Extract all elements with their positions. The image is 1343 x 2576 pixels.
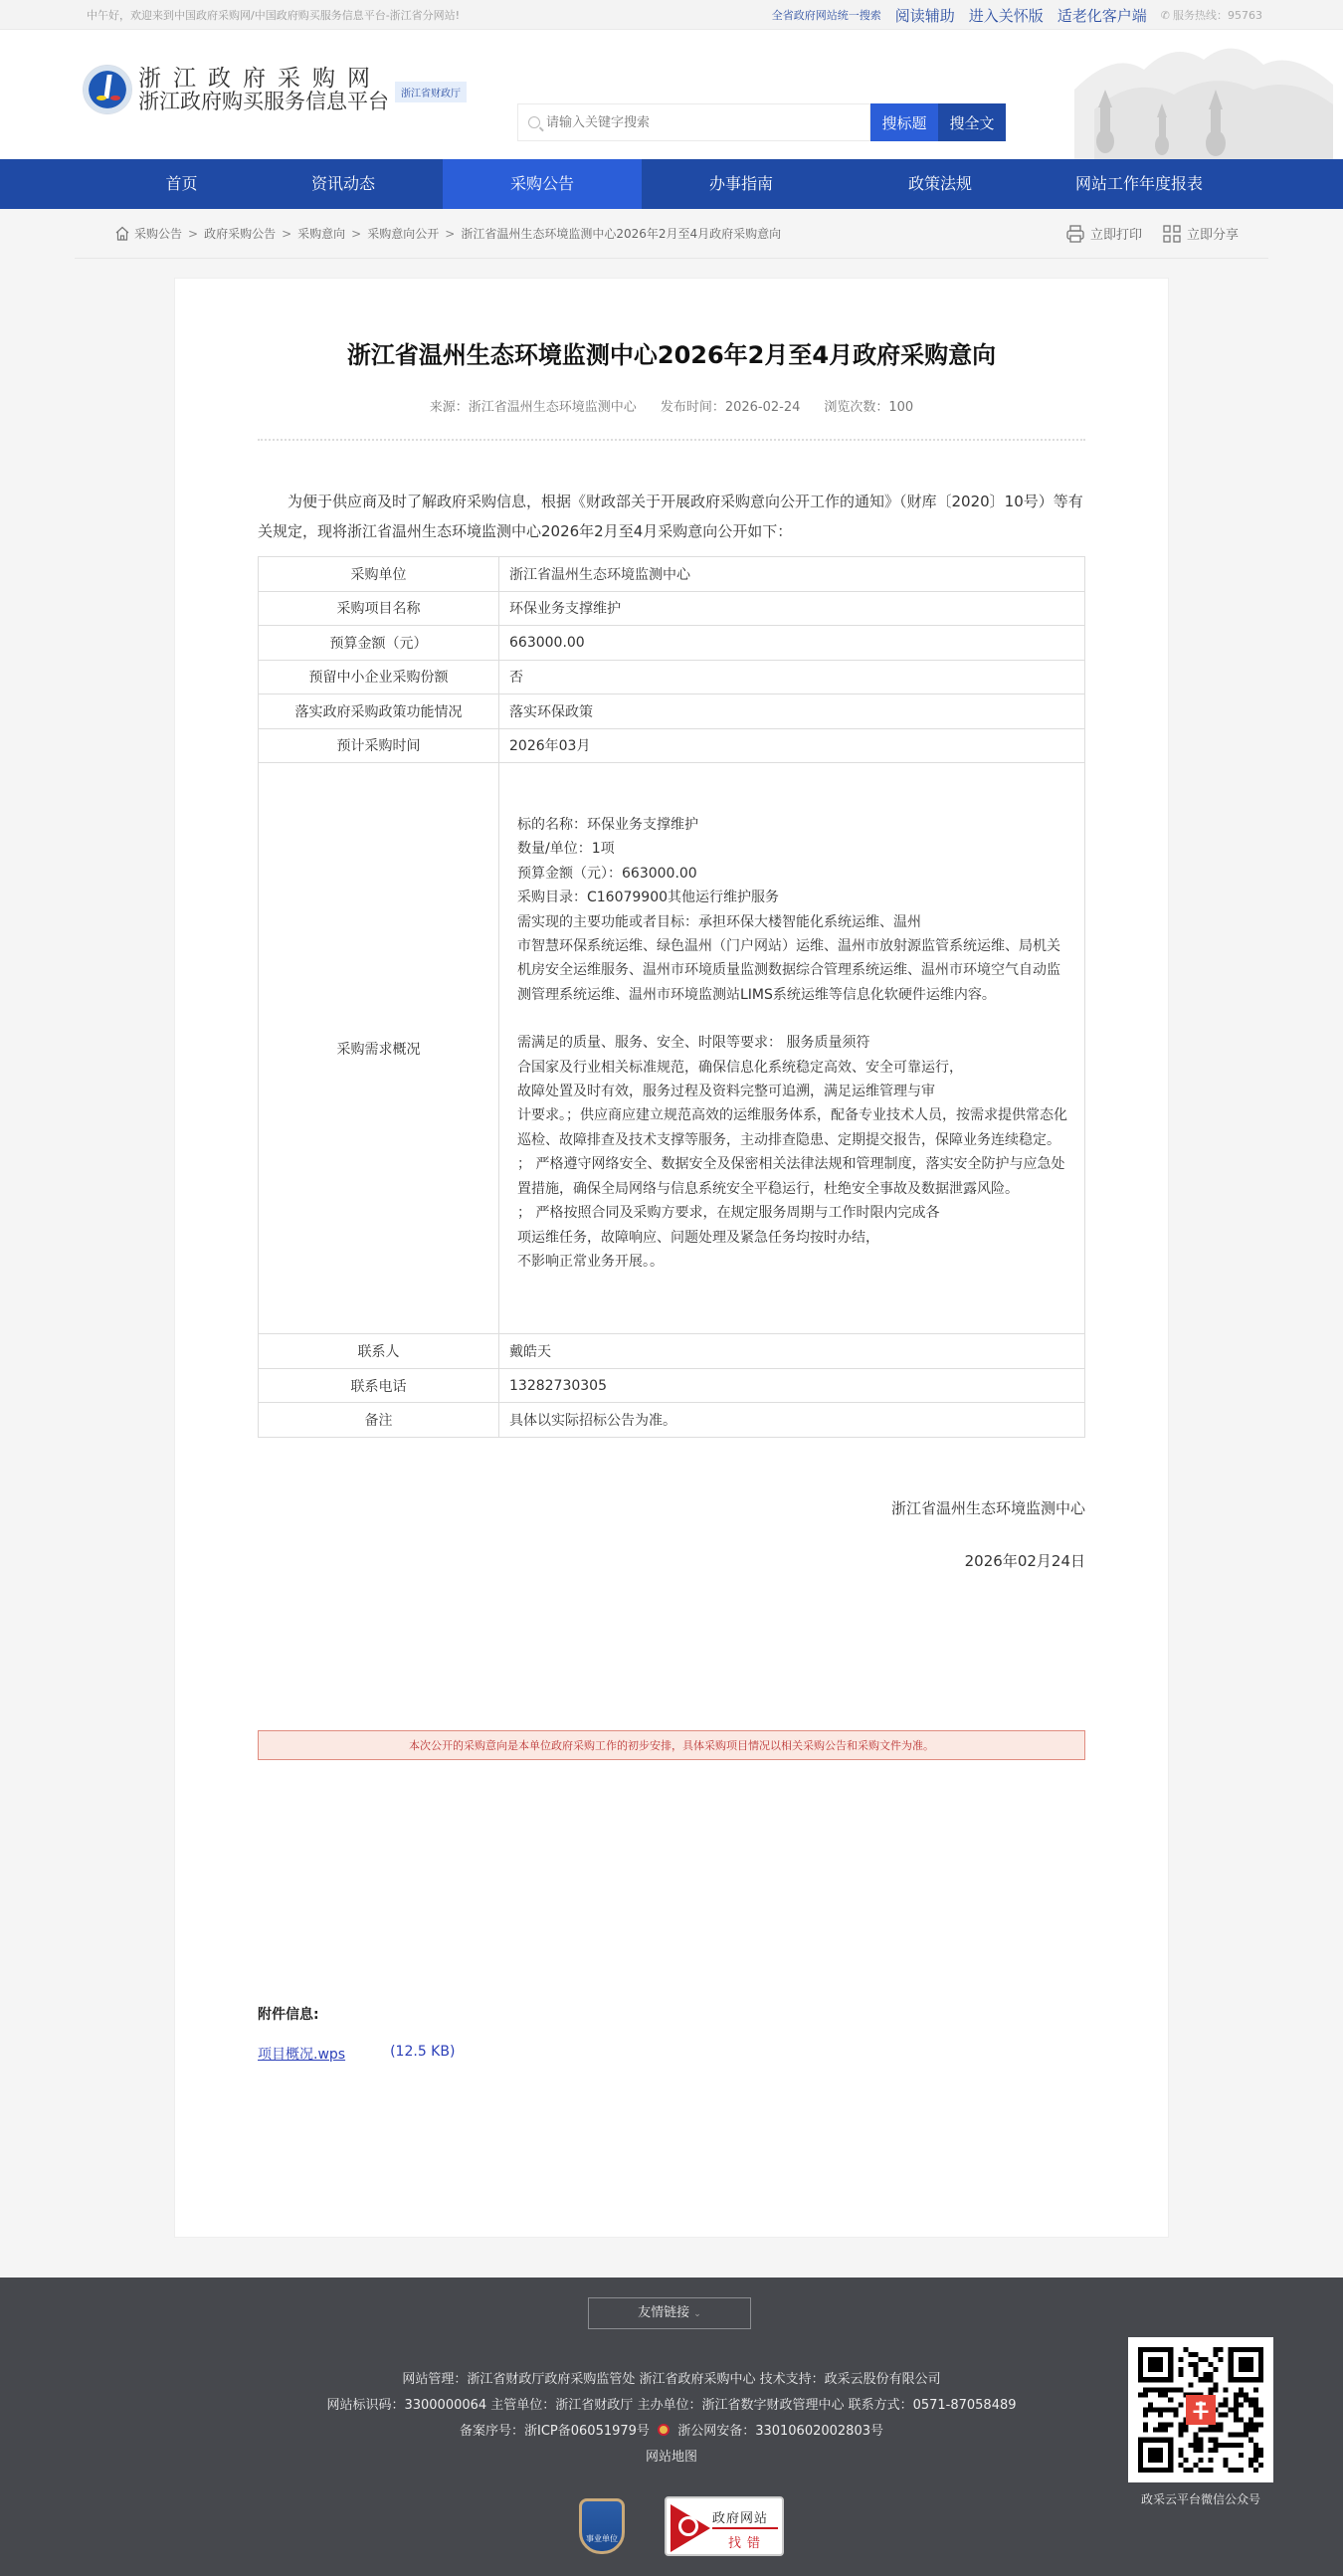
public-institution-badge[interactable]: 事业单位 <box>579 2498 625 2554</box>
detail-line: 项运维任务，故障响应、问题处理及紧急任务均按时办结， <box>517 1226 1068 1250</box>
detail-line: 合国家及行业相关标准规范，确保信息化系统稳定高效、安全可靠运行， <box>517 1056 1068 1080</box>
table-key: 预计采购时间 <box>259 728 499 763</box>
hotline-text: 服务热线：95763 <box>1173 7 1262 23</box>
table-value: 戴皓天 <box>499 1334 1085 1369</box>
police-emblem-icon <box>658 2424 670 2436</box>
finderr-subtitle: 找错 <box>728 2532 766 2551</box>
signature: 浙江省温州生态环境监测中心 2026年02月24日 <box>258 1497 1085 1571</box>
table-value: 否 <box>499 660 1085 694</box>
table-row: 预留中小企业采购份额否 <box>259 660 1085 694</box>
attachment-size: (12.5 KB) <box>390 2044 455 2064</box>
article-title: 浙江省温州生态环境监测中心2026年2月至4月政府采购意向 <box>258 279 1085 370</box>
hotline: ✆ 服务热线：95763 <box>1161 7 1262 23</box>
table-value: 落实环保政策 <box>499 694 1085 729</box>
disclaimer-notice: 本次公开的采购意向是本单位政府采购工作的初步安排，具体采购项目情况以相关采购公告… <box>258 1730 1085 1760</box>
requirement-details: 标的名称：环保业务支撑维护数量/单位：1项预算金额（元）：663000.00采购… <box>499 763 1085 1334</box>
phone-icon: ✆ <box>1161 9 1170 22</box>
table-row: 联系电话13282730305 <box>259 1368 1085 1403</box>
table-key: 联系电话 <box>259 1368 499 1403</box>
link-province-search[interactable]: 全省政府网站统一搜索 <box>772 7 881 23</box>
detail-line: 市智慧环保系统运维、绿色温州（门户网站）运维、温州市放射源监管系统运维、局机关机… <box>517 934 1068 1007</box>
link-reading-aid[interactable]: 阅读辅助 <box>895 5 955 26</box>
table-value: 具体以实际招标公告为准。 <box>499 1403 1085 1438</box>
top-links: 全省政府网站统一搜索 阅读辅助 进入关怀版 适老化客户端 ✆ 服务热线：9576… <box>772 5 1268 26</box>
breadcrumb: 采购公告> 政府采购公告> 采购意向> 采购意向公开> 浙江省温州生态环境监测中… <box>114 225 781 242</box>
print-label: 立即打印 <box>1090 224 1142 243</box>
department-badge: 浙江省财政厅 <box>395 82 467 102</box>
breadcrumb-item[interactable]: 政府采购公告 <box>204 225 276 242</box>
search-title-button[interactable]: 搜标题 <box>870 103 938 141</box>
home-icon[interactable] <box>114 226 130 241</box>
qr-label: 政采云平台微信公众号 <box>1128 2490 1273 2507</box>
nav-item-home[interactable]: 首页 <box>119 159 244 209</box>
table-row: 联系人戴皓天 <box>259 1334 1085 1369</box>
header: 浙江政府采购网 浙江政府购买服务信息平台 浙江省财政厅 搜标题 搜全文 <box>0 30 1343 159</box>
divider <box>258 439 1085 441</box>
signature-org: 浙江省温州生态环境监测中心 <box>258 1497 1085 1518</box>
detail-line: 不影响正常业务开展。。 <box>517 1250 1068 1274</box>
detail-line: 需满足的质量、服务、安全、时限等要求： 服务质量须符 <box>517 1031 1068 1055</box>
attachment-link[interactable]: 项目概况.wps <box>258 2044 345 2064</box>
detail-line: 预算金额（元）：663000.00 <box>517 862 1068 886</box>
detail-line: 数量/单位：1项 <box>517 837 1068 861</box>
signature-date: 2026年02月24日 <box>258 1550 1085 1571</box>
search-input[interactable] <box>546 115 845 130</box>
table-row: 预计采购时间2026年03月 <box>259 728 1085 763</box>
attachments-section: 附件信息: 项目概况.wps (12.5 KB) <box>258 2004 1085 2064</box>
share-label: 立即分享 <box>1187 224 1239 243</box>
attachments-title: 附件信息: <box>258 2004 1085 2024</box>
footer: 友情链接 ⌄ 网站管理：浙江省财政厅政府采购监管处 浙江省政府采购中心 技术支持… <box>0 2278 1343 2576</box>
shield-label: 事业单位 <box>586 2534 618 2543</box>
site-logo[interactable]: 浙江政府采购网 浙江政府购买服务信息平台 浙江省财政厅 <box>83 65 467 114</box>
sitemap-link[interactable]: 网站地图 <box>646 2450 697 2465</box>
friend-links-dropdown[interactable]: 友情链接 ⌄ <box>588 2297 751 2329</box>
article-meta: 来源：浙江省温州生态环境监测中心 发布时间：2026-02-24 浏览次数：10… <box>258 396 1085 415</box>
nav-item-guide[interactable]: 办事指南 <box>642 159 841 209</box>
nav-item-news[interactable]: 资讯动态 <box>244 159 443 209</box>
table-row: 采购需求概况 标的名称：环保业务支撑维护数量/单位：1项预算金额（元）：6630… <box>259 763 1085 1334</box>
detail-line: 故障处置及时有效，服务过程及资料完整可追溯，满足运维管理与审 <box>517 1080 1068 1103</box>
table-value: 环保业务支撑维护 <box>499 591 1085 626</box>
article-publish-time: 发布时间：2026-02-24 <box>661 396 801 415</box>
nav-item-annual-report[interactable]: 网站工作年度报表 <box>1040 159 1239 209</box>
logo-subtitle: 浙江政府购买服务信息平台 <box>138 91 389 112</box>
search-icon <box>528 116 540 128</box>
search-bar: 搜标题 搜全文 <box>517 103 1006 141</box>
table-key: 预算金额（元） <box>259 626 499 661</box>
table-value: 13282730305 <box>499 1368 1085 1403</box>
top-bar: 中午好，欢迎来到中国政府采购网/中国政府购买服务信息平台-浙江省分网站! 全省政… <box>0 0 1343 30</box>
share-button[interactable]: 立即分享 <box>1162 224 1239 244</box>
breadcrumb-item[interactable]: 采购公告 <box>134 225 182 242</box>
mountain-pagoda-decoration <box>1055 30 1343 159</box>
breadcrumb-item[interactable]: 采购意向 <box>297 225 345 242</box>
detail-line: ； 严格遵守网络安全、数据安全及保密相关法律法规和管理制度，落实安全防护与应急处… <box>517 1152 1068 1201</box>
table-row: 采购单位浙江省温州生态环境监测中心 <box>259 557 1085 592</box>
table-key: 采购单位 <box>259 557 499 592</box>
search-fulltext-button[interactable]: 搜全文 <box>938 103 1006 141</box>
detail-line: 需实现的主要功能或者目标：承担环保大楼智能化系统运维、温州 <box>517 910 1068 934</box>
qr-share-icon <box>1162 224 1182 244</box>
gov-site-error-report-badge[interactable]: 政府网站 找错 <box>665 2496 784 2556</box>
wechat-qr: 政采云平台微信公众号 <box>1128 2337 1273 2507</box>
nav-item-procurement-notice[interactable]: 采购公告 <box>443 159 642 209</box>
table-value: 浙江省温州生态环境监测中心 <box>499 557 1085 592</box>
qr-code <box>1128 2337 1273 2482</box>
table-row: 落实政府采购政策功能情况落实环保政策 <box>259 694 1085 729</box>
breadcrumb-bar: 采购公告> 政府采购公告> 采购意向> 采购意向公开> 浙江省温州生态环境监测中… <box>75 209 1268 259</box>
table-key: 备注 <box>259 1403 499 1438</box>
search-box <box>517 103 870 141</box>
chevron-down-icon: ⌄ <box>693 2309 701 2319</box>
logo-title: 浙江政府采购网 <box>138 67 389 91</box>
detail-line: 采购目录：C16079900其他运行维护服务 <box>517 886 1068 909</box>
qr-code-icon <box>1138 2347 1263 2473</box>
table-key: 落实政府采购政策功能情况 <box>259 694 499 729</box>
breadcrumb-current: 浙江省温州生态环境监测中心2026年2月至4月政府采购意向 <box>461 225 781 242</box>
table-value: 2026年03月 <box>499 728 1085 763</box>
article-views: 浏览次数：100 <box>824 396 913 415</box>
table-key: 预留中小企业采购份额 <box>259 660 499 694</box>
police-record-link[interactable]: 浙公网安备：33010602002803号 <box>677 2424 883 2439</box>
emblem-icon <box>83 65 132 114</box>
nav-item-policy[interactable]: 政策法规 <box>841 159 1040 209</box>
finderr-title: 政府网站 <box>712 2507 768 2526</box>
table-row: 预算金额（元）663000.00 <box>259 626 1085 661</box>
magnifier-icon <box>678 2516 698 2536</box>
printer-icon <box>1065 224 1085 244</box>
detail-line: ； 严格按照合同及采购方要求，在规定服务周期与工作时限内完成各 <box>517 1201 1068 1225</box>
table-key: 采购需求概况 <box>259 763 499 1334</box>
table-row: 采购项目名称环保业务支撑维护 <box>259 591 1085 626</box>
icp-link[interactable]: 备案序号：浙ICP备06051979号 <box>460 2424 650 2439</box>
link-care-version[interactable]: 进入关怀版 <box>969 5 1044 26</box>
table-row: 备注具体以实际招标公告为准。 <box>259 1403 1085 1438</box>
article-intro: 为便于供应商及时了解政府采购信息，根据《财政部关于开展政府采购意向公开工作的通知… <box>258 487 1085 546</box>
friend-links-label: 友情链接 <box>638 2305 689 2320</box>
breadcrumb-item[interactable]: 采购意向公开 <box>367 225 439 242</box>
article-source: 来源：浙江省温州生态环境监测中心 <box>430 396 637 415</box>
table-key: 采购项目名称 <box>259 591 499 626</box>
table-value: 663000.00 <box>499 626 1085 661</box>
procurement-info-table: 采购单位浙江省温州生态环境监测中心采购项目名称环保业务支撑维护预算金额（元）66… <box>258 556 1085 1438</box>
main-nav: 首页 资讯动态 采购公告 办事指南 政策法规 网站工作年度报表 <box>0 159 1343 209</box>
print-button[interactable]: 立即打印 <box>1065 224 1142 244</box>
welcome-text: 中午好，欢迎来到中国政府采购网/中国政府购买服务信息平台-浙江省分网站! <box>87 7 460 23</box>
link-elderly-client[interactable]: 适老化客户端 <box>1057 5 1147 26</box>
table-key: 联系人 <box>259 1334 499 1369</box>
detail-line: 标的名称：环保业务支撑维护 <box>517 813 1068 837</box>
detail-line: 计要求。；供应商应建立规范高效的运维服务体系，配备专业技术人员，按需求提供常态化… <box>517 1103 1068 1152</box>
article-card: 浙江省温州生态环境监测中心2026年2月至4月政府采购意向 来源：浙江省温州生态… <box>174 278 1169 2238</box>
attachment-item: 项目概况.wps (12.5 KB) <box>258 2044 1085 2064</box>
